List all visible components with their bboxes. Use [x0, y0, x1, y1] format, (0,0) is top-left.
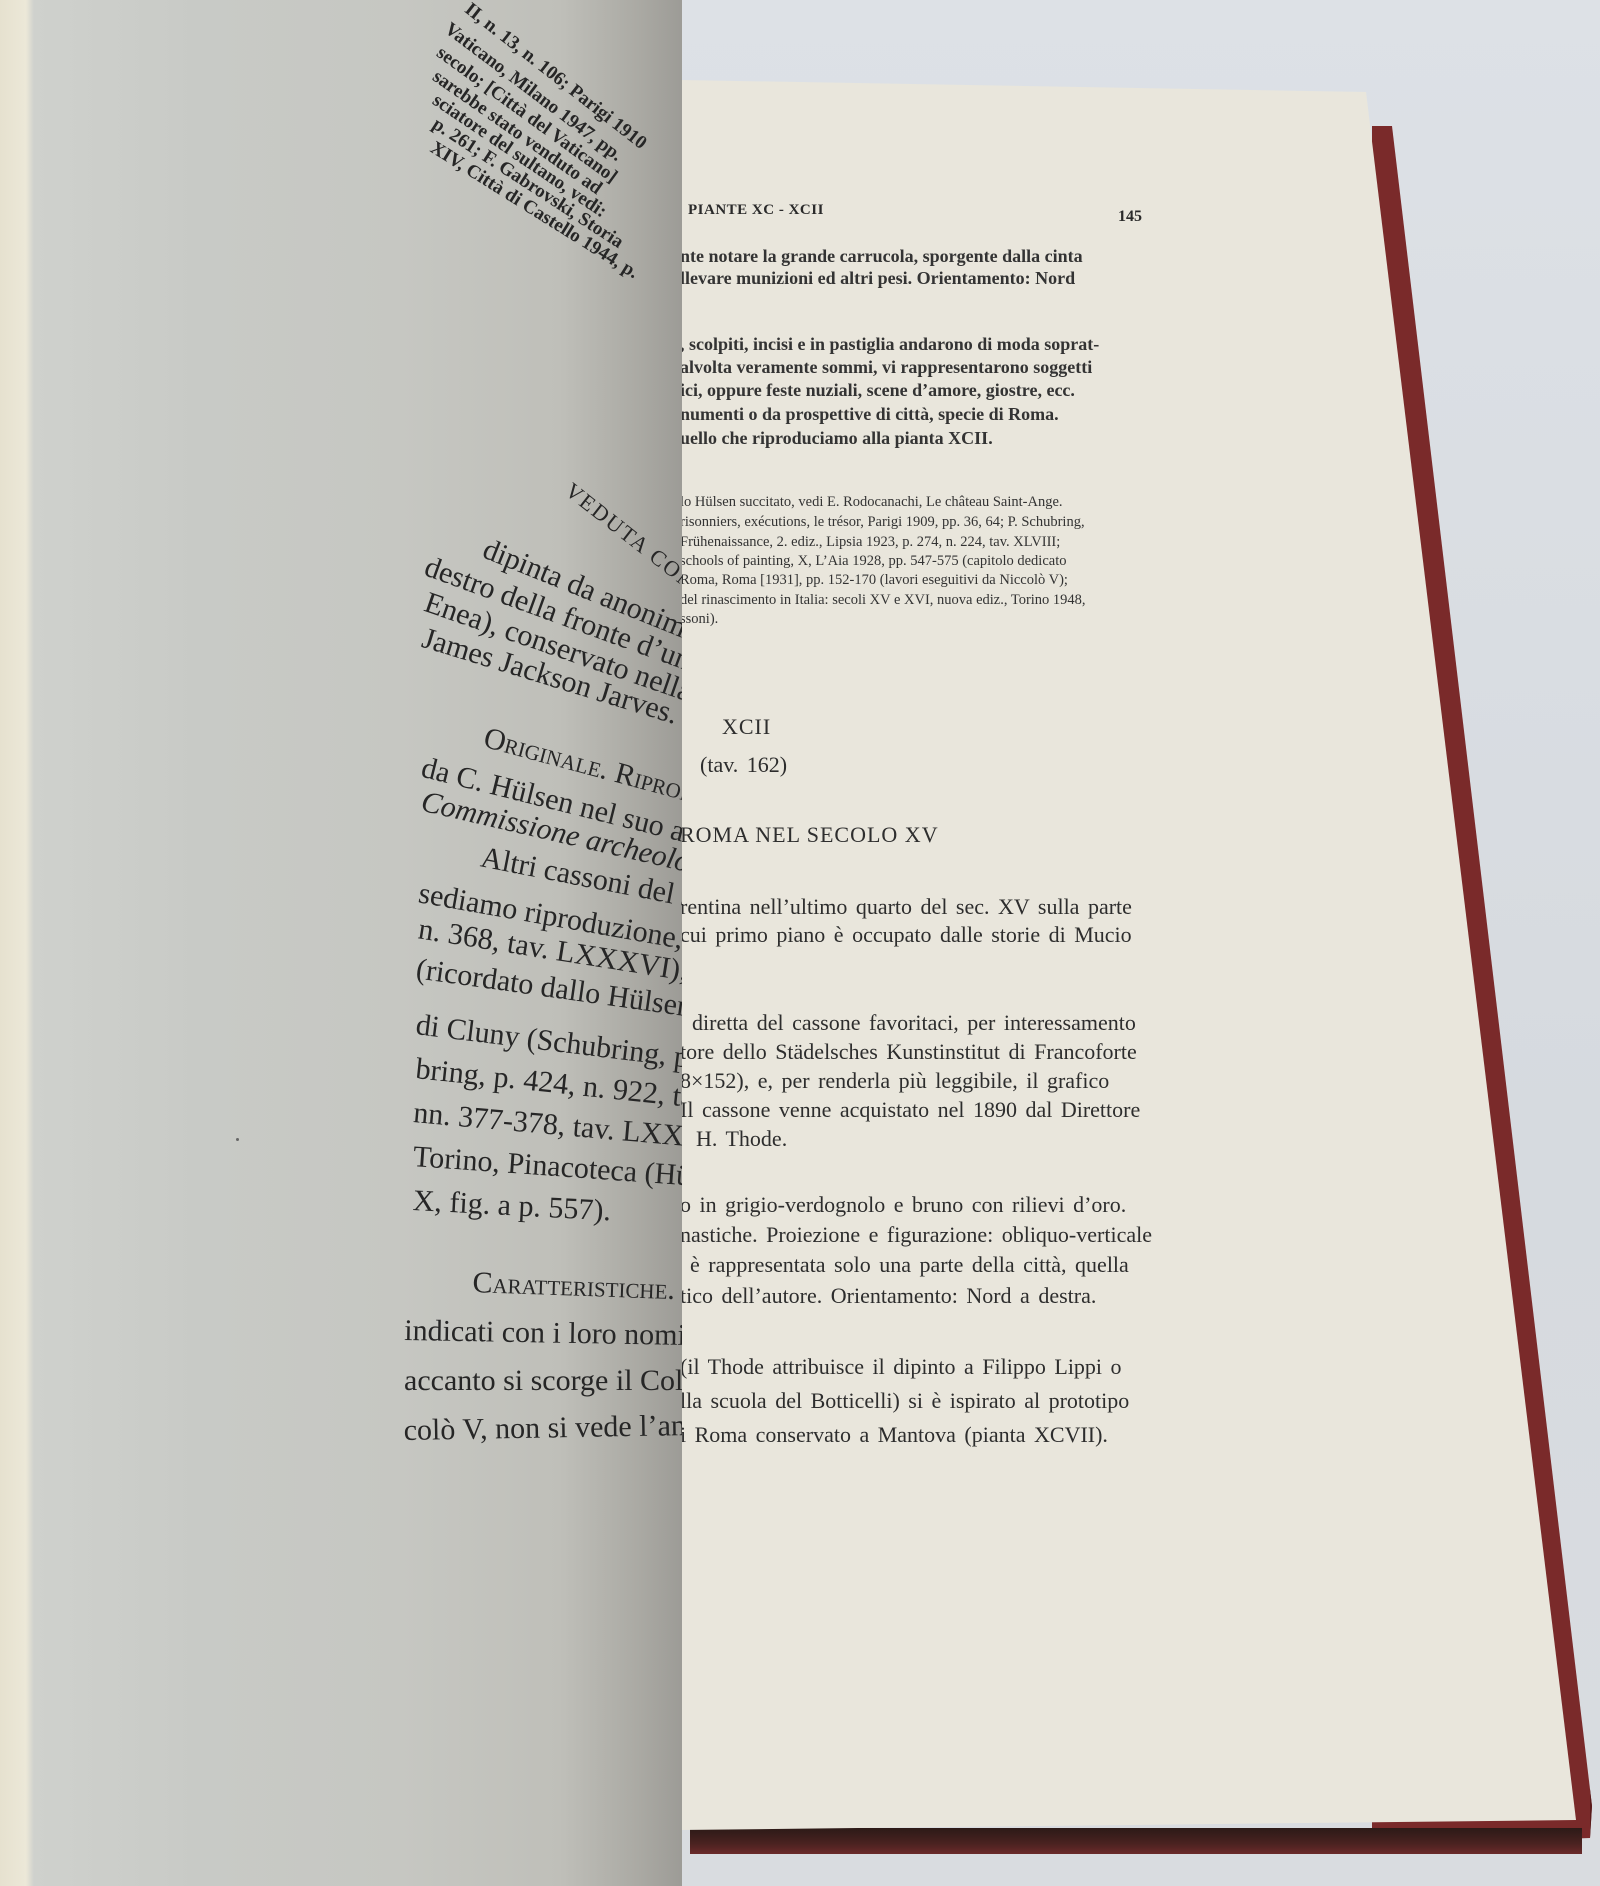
footnote-line: risonniers, exécutions, le trésor, Parig… — [680, 514, 1085, 531]
curl-text-line: indicati con i loro nomi; a m — [404, 1314, 682, 1354]
text-line: lla scuola del Botticelli) si è ispirato… — [680, 1388, 1129, 1414]
footnote-line: del rinascimento in Italia: secoli XV e … — [680, 592, 1086, 609]
footnote-line: lo Hülsen succitato, vedi E. Rodocanachi… — [680, 494, 1063, 511]
text-line: tore dello Städelsches Kunstinstitut di … — [680, 1039, 1137, 1065]
text-line: (il Thode attribuisce il dipinto a Filip… — [680, 1354, 1122, 1380]
text-line: 8×152), e, per renderla più leggibile, i… — [680, 1068, 1109, 1094]
text-line: H. Thode. — [696, 1126, 787, 1152]
text-line: cui primo piano è occupato dalle storie … — [680, 922, 1132, 948]
paper-speck — [236, 1138, 239, 1141]
page-number: 145 — [1118, 208, 1142, 226]
curl-text-line: Caratteristiche. Pittura — [472, 1266, 682, 1311]
text-line: nte notare la grande carrucola, sporgent… — [680, 246, 1083, 267]
footnote-line: ssoni). — [680, 611, 718, 628]
text-line: o in grigio-verdognolo e bruno con rilie… — [680, 1192, 1126, 1218]
text-line: alvolta veramente sommi, vi rappresentar… — [680, 357, 1092, 378]
section-number: XCII — [722, 714, 771, 740]
text-line: ici, oppure feste nuziali, scene d’amore… — [680, 380, 1075, 401]
text-line: Il cassone venne acquistato nel 1890 dal… — [680, 1097, 1140, 1123]
text-line: numenti o da prospettive di città, speci… — [680, 404, 1059, 425]
curl-text-line: accanto si scorge il Colosseo — [404, 1364, 682, 1398]
text-line: è rappresentata solo una parte della cit… — [690, 1252, 1129, 1278]
curl-text-line: colò V, non si vede l’angelo — [403, 1408, 682, 1448]
text-line: llevare munizioni ed altri pesi. Orienta… — [680, 268, 1075, 289]
footnote-line: Roma, Roma [1931], pp. 152-170 (lavori e… — [680, 572, 1068, 589]
text-line: diretta del cassone favoritaci, per inte… — [692, 1010, 1136, 1036]
section-title: ROMA NEL SECOLO XV — [680, 822, 939, 848]
footnote-line: schools of painting, X, L’Aia 1928, pp. … — [680, 553, 1066, 570]
text-line: , scolpiti, incisi e in pastiglia andaro… — [680, 334, 1099, 355]
text-line: uello che riproduciamo alla pianta XCII. — [680, 428, 993, 449]
curl-text-line: X, fig. a p. 557). — [412, 1184, 612, 1228]
text-line: rentina nell’ultimo quarto del sec. XV s… — [680, 894, 1132, 920]
plate-reference: (tav. 162) — [700, 752, 787, 778]
running-head: PIANTE XC - XCII — [688, 202, 824, 219]
text-line: tico dell’autore. Orientamento: Nord a d… — [680, 1283, 1096, 1309]
text-line: nastiche. Proiezione e figurazione: obli… — [680, 1222, 1152, 1248]
text-line: i Roma conservato a Mantova (pianta XCVI… — [680, 1422, 1108, 1448]
footnote-line: Frühenaissance, 2. ediz., Lipsia 1923, p… — [680, 534, 1060, 551]
curled-left-page: II, n. 13, n. 106; Parigi 1910 Vaticano,… — [0, 0, 682, 1886]
